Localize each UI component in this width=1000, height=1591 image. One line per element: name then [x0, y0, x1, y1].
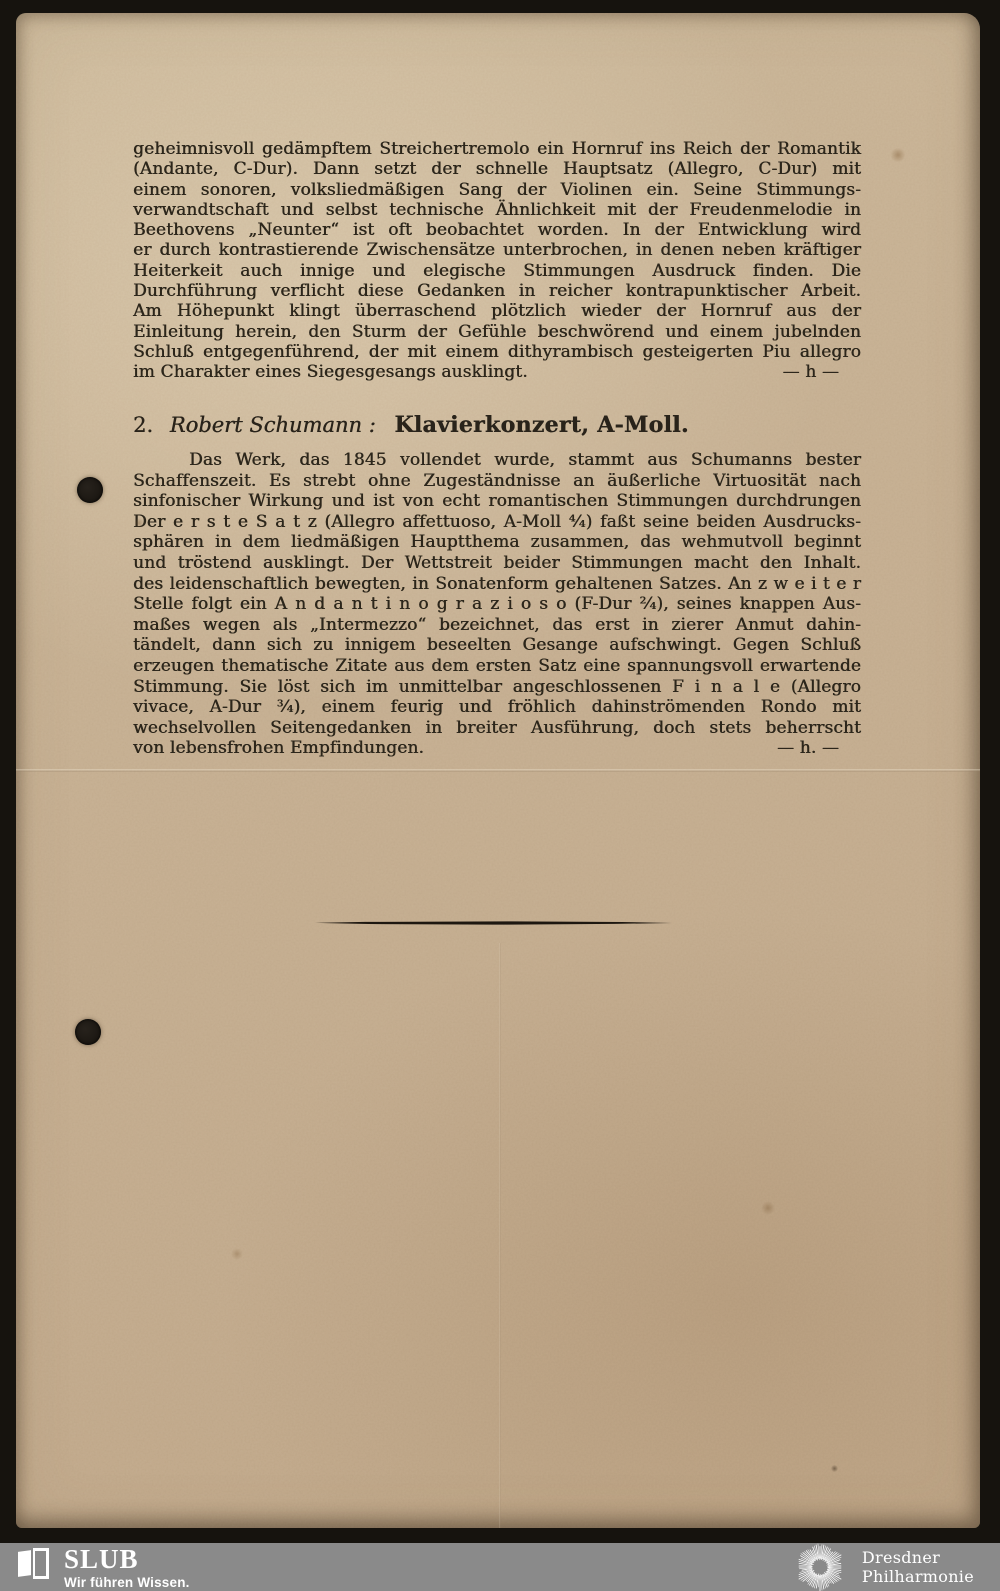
- heading-work-title: Klavierkonzert, A-Moll.: [394, 412, 688, 438]
- partner-name: Dresdner Philharmonie: [862, 1548, 974, 1586]
- text-line: Stelle folgt ein A n d a n t i n o g r a…: [133, 594, 861, 615]
- author-signature: — h. —: [777, 738, 861, 759]
- text-line: Schaffenszeit. Es strebt ohne Zugeständn…: [133, 471, 861, 492]
- text-line: verwandtschaft und selbst technische Ähn…: [133, 200, 861, 220]
- text-line: des leidenschaftlich bewegten, in Sonate…: [133, 574, 861, 595]
- text-line: (Andante, C-Dur). Dann setzt der schnell…: [133, 159, 861, 179]
- paper-stain: [831, 1465, 838, 1472]
- viewer-branding-bar: SLUB Wir führen Wissen. Dresdner Philhar…: [0, 1543, 1000, 1591]
- text-line: Das Werk, das 1845 vollendet wurde, stam…: [133, 450, 861, 471]
- text-line-last: im Charakter eines Siegesgesangs ausklin…: [133, 362, 861, 382]
- text-line: Stimmung. Sie löst sich im unmittelbar a…: [133, 677, 861, 698]
- heading-number: 2.: [133, 413, 153, 437]
- text-line: Schluß entgegenführend, der mit einem di…: [133, 342, 861, 362]
- work-heading: 2. Robert Schumann : Klavierkonzert, A-M…: [133, 412, 861, 438]
- heading-composer: Robert Schumann :: [170, 413, 376, 437]
- text-line: sphären in dem liedmäßigen Hauptthema zu…: [133, 532, 861, 553]
- slub-tagline: Wir führen Wissen.: [64, 1576, 190, 1590]
- paper-stain: [761, 1201, 775, 1215]
- paragraph-schumann-description: Das Werk, das 1845 vollendet wurde, stam…: [133, 450, 861, 759]
- text-line: geheimnisvoll gedämpftem Streichertremol…: [133, 139, 861, 159]
- text-line: vivace, A-Dur ³⁄₄), einem feurig und frö…: [133, 697, 861, 718]
- paper-stain: [890, 148, 906, 162]
- scanned-page: geheimnisvoll gedämpftem Streichertremol…: [16, 13, 980, 1528]
- author-signature: — h —: [782, 362, 861, 382]
- punch-hole-top: [77, 477, 103, 503]
- paragraph-beethoven-continuation: geheimnisvoll gedämpftem Streichertremol…: [133, 139, 861, 383]
- text-line: Beethovens „Neunter“ ist oft beobachtet …: [133, 220, 861, 240]
- text-line: Am Höhepunkt klingt überraschend plötzli…: [133, 301, 861, 321]
- text-line: Der e r s t e S a t z (Allegro affettuos…: [133, 512, 861, 533]
- text-line: einem sonoren, volksliedmäßigen Sang der…: [133, 180, 861, 200]
- text-line: wechselvollen Seitengedanken in breiter …: [133, 718, 861, 739]
- page-text-2: Das Werk, das 1845 vollendet wurde, stam…: [133, 450, 861, 759]
- printed-divider-rule: [315, 921, 672, 925]
- open-book-icon: [18, 1547, 50, 1579]
- fold-crease: [16, 769, 980, 772]
- slub-logo[interactable]: SLUB Wir führen Wissen.: [0, 1545, 190, 1590]
- text-line: sinfonischer Wirkung und ist von echt ro…: [133, 491, 861, 512]
- sunburst-hexagon-icon: [792, 1539, 848, 1591]
- slub-wordmark: SLUB: [64, 1546, 190, 1573]
- text-line: Einleitung herein, den Sturm der Gefühle…: [133, 322, 861, 342]
- text-line-last: von lebensfrohen Empfindungen.— h. —: [133, 738, 861, 759]
- text-line: Heiterkeit auch innige und elegische Sti…: [133, 261, 861, 281]
- dresdner-philharmonie-logo[interactable]: Dresdner Philharmonie: [792, 1539, 1000, 1591]
- text-line: maßes wegen als „Intermezzo“ bezeichnet,…: [133, 615, 861, 636]
- page-text: geheimnisvoll gedämpftem Streichertremol…: [133, 139, 861, 383]
- vertical-fold-crease: [499, 943, 501, 1528]
- text-line: Durchführung verflicht diese Gedanken in…: [133, 281, 861, 301]
- text-line: erzeugen thematische Zitate aus dem erst…: [133, 656, 861, 677]
- text-line: tändelt, dann sich zu innigem beseelten …: [133, 635, 861, 656]
- punch-hole-bottom: [75, 1019, 101, 1045]
- text-line: und tröstend ausklingt. Der Wettstreit b…: [133, 553, 861, 574]
- text-line: er durch kontrastierende Zwischensätze u…: [133, 240, 861, 260]
- paper-stain: [231, 1248, 243, 1260]
